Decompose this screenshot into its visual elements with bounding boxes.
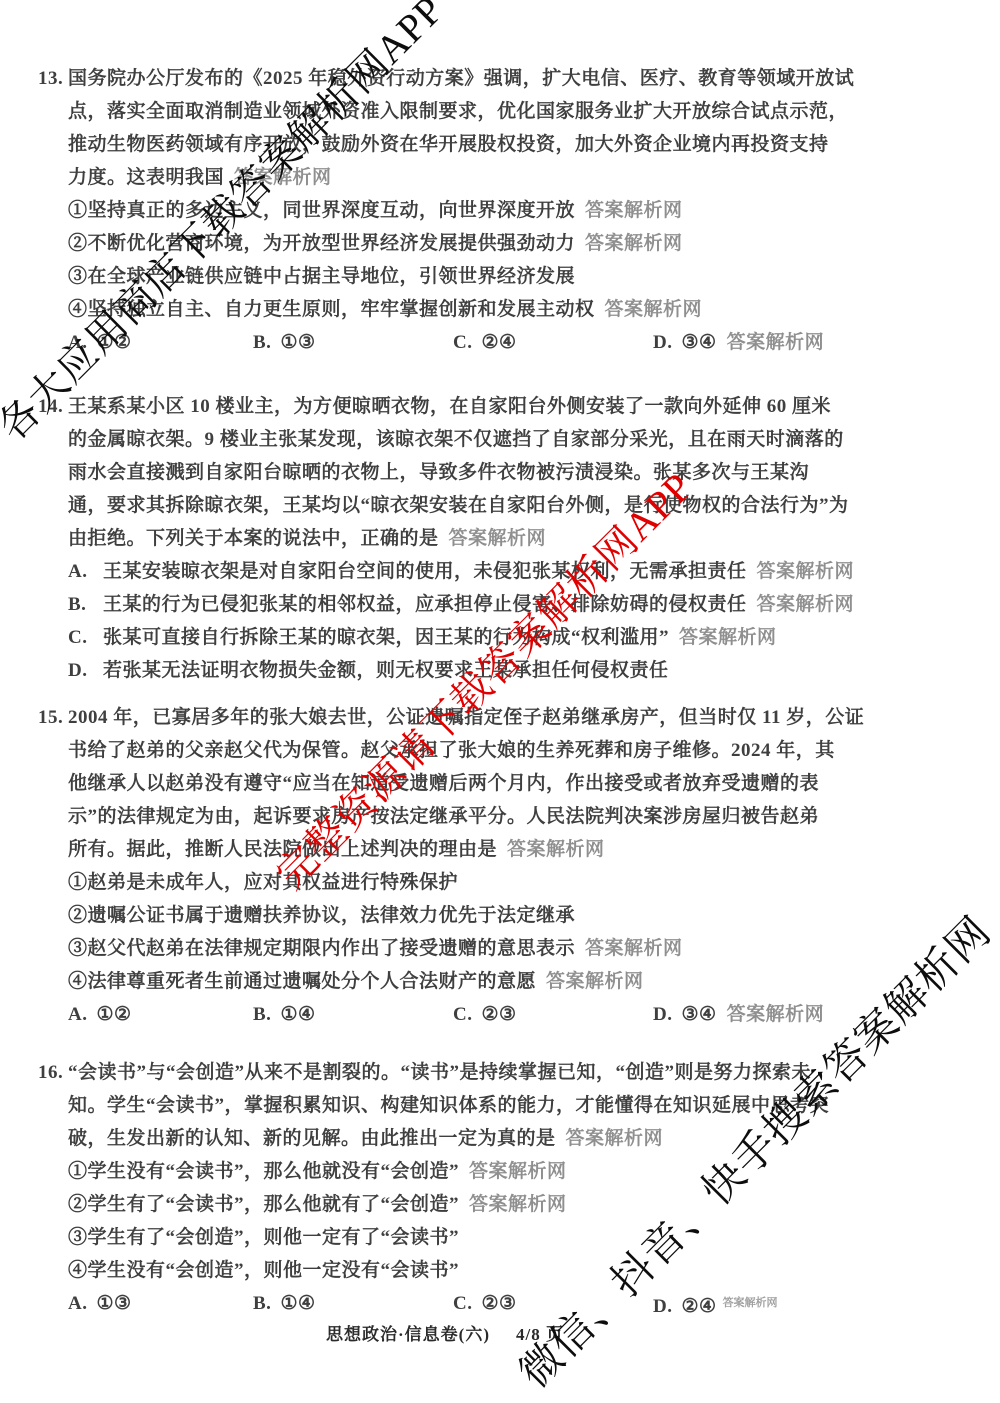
stem-text: 由拒绝。下列关于本案的说法中，正确的是 xyxy=(68,528,439,549)
site-suffix: 答案解析网 xyxy=(727,1004,825,1025)
answer-value: ①④ xyxy=(280,1293,315,1314)
option-text: 若张某无法证明衣物损失金额，则无权要求王某承担任何侵权责任 xyxy=(103,660,669,681)
stem-text: 雨水会直接溅到自家阳台晾晒的衣物上，导致多件衣物被污渍浸染。张某多次与王某沟 xyxy=(68,462,809,483)
option-marker: ① xyxy=(68,200,88,221)
option-marker: C. xyxy=(68,621,103,654)
answer-option-A: A.①② xyxy=(68,998,253,1031)
option-text: 王某安装晾衣架是对自家阳台空间的使用，未侵犯张某权利，无需承担责任 xyxy=(103,561,747,582)
option-marker: ③ xyxy=(68,1227,88,1248)
stem-line: 推动生物医药领域有序开放，鼓励外资在华开展股权投资，加大外资企业境内再投资支持 xyxy=(38,128,968,161)
stem-text: 的金属晾衣架。9 楼业主张某发现，该晾衣架不仅遮挡了自家部分采光，且在雨天时滴落… xyxy=(68,429,844,450)
option-line: A.王某安装晾衣架是对自家阳台空间的使用，未侵犯张某权利，无需承担责任答案解析网 xyxy=(38,555,968,588)
answer-option-B: B.①④ xyxy=(253,1287,453,1320)
answer-row: A.①②B.①③C.②④D.③④答案解析网 xyxy=(38,326,968,359)
option-text: 遗嘱公证书属于遗赠扶养协议，法律效力优先于法定继承 xyxy=(88,905,576,926)
option-line: ③学生有了“会创造”，则他一定有了“会读书” xyxy=(38,1221,968,1254)
answer-label: D. xyxy=(653,1296,672,1317)
option-line: ②遗嘱公证书属于遗赠扶养协议，法律效力优先于法定继承 xyxy=(38,899,968,932)
answer-label: A. xyxy=(68,1004,87,1025)
answer-value: ①④ xyxy=(280,1004,315,1025)
stem-line: 15.2004 年，已寡居多年的张大娘去世，公证遗嘱指定侄子赵弟继承房产，但当时… xyxy=(38,701,968,734)
question-15: 15.2004 年，已寡居多年的张大娘去世，公证遗嘱指定侄子赵弟继承房产，但当时… xyxy=(38,701,968,1031)
stem-text: 通，要求其拆除晾衣架，王某均以“晾衣架安装在自家阳台外侧，是行使物权的合法行为”… xyxy=(68,495,849,516)
option-marker: ② xyxy=(68,905,88,926)
option-text: 学生没有“会读书”，那么他就没有“会创造” xyxy=(88,1161,460,1182)
option-line: ①学生没有“会读书”，那么他就没有“会创造”答案解析网 xyxy=(38,1155,968,1188)
stem-line: 由拒绝。下列关于本案的说法中，正确的是答案解析网 xyxy=(38,522,968,555)
footer-title: 思想政治·信息卷(六) xyxy=(326,1325,490,1344)
option-line: ④法律尊重死者生前通过遗嘱处分个人合法财产的意愿答案解析网 xyxy=(38,965,968,998)
question-number: 15. xyxy=(38,701,68,734)
stem-text: 王某系某小区 10 楼业主，为方便晾晒衣物，在自家阳台外侧安装了一款向外延伸 6… xyxy=(68,396,831,417)
answer-option-D: D.③④答案解析网 xyxy=(653,998,824,1031)
option-marker: ④ xyxy=(68,1260,88,1281)
stem-line: 雨水会直接溅到自家阳台晾晒的衣物上，导致多件衣物被污渍浸染。张某多次与王某沟 xyxy=(38,456,968,489)
answer-label: D. xyxy=(653,1004,672,1025)
stem-text: 点，落实全面取消制造业领域外资准入限制要求，优化国家服务业扩大开放综合试点示范， xyxy=(68,101,848,122)
answer-label: A. xyxy=(68,1293,87,1314)
stem-text: 示”的法律规定为由，起诉要求房产按法定继承平分。人民法院判决案涉房屋归被告赵弟 xyxy=(68,806,819,827)
stem-line: 的金属晾衣架。9 楼业主张某发现，该晾衣架不仅遮挡了自家部分采光，且在雨天时滴落… xyxy=(38,423,968,456)
option-marker: ② xyxy=(68,233,88,254)
answer-value: ②④ xyxy=(481,332,516,353)
answer-option-C: C.②③ xyxy=(453,998,653,1031)
stem-line: 通，要求其拆除晾衣架，王某均以“晾衣架安装在自家阳台外侧，是行使物权的合法行为”… xyxy=(38,489,968,522)
stem-line: 力度。这表明我国答案解析网 xyxy=(38,161,968,194)
stem-line: 破，生发出新的认知、新的见解。由此推出一定为真的是答案解析网 xyxy=(38,1122,968,1155)
stem-text: “会读书”与“会创造”从来不是割裂的。“读书”是持续掌握已知，“创造”则是努力探… xyxy=(68,1062,811,1083)
exam-page: 13.国务院办公厅发布的《2025 年稳外资行动方案》强调，扩大电信、医疗、教育… xyxy=(0,0,1000,1403)
answer-row: A.①③B.①④C.②③D.②④答案解析网 xyxy=(38,1287,968,1320)
answer-option-D: D.③④答案解析网 xyxy=(653,326,824,359)
site-suffix: 答案解析网 xyxy=(679,627,777,648)
answer-value: ②③ xyxy=(481,1004,516,1025)
option-marker: A. xyxy=(68,555,103,588)
site-suffix: 答案解析网 xyxy=(585,938,683,959)
stem-text: 知。学生“会读书”，掌握积累知识、构建知识体系的能力，才能懂得在知识延展中思考突 xyxy=(68,1095,829,1116)
stem-text: 力度。这表明我国 xyxy=(68,167,224,188)
answer-option-D: D.②④答案解析网 xyxy=(653,1287,778,1323)
option-line: B.王某的行为已侵犯张某的相邻权益，应承担停止侵害、排除妨碍的侵权责任答案解析网 xyxy=(38,588,968,621)
stem-text: 他继承人以赵弟没有遵守“应当在知道受遗赠后两个月内，作出接受或者放弃受遗赠的表 xyxy=(68,773,819,794)
question-number: 13. xyxy=(38,62,68,95)
option-line: ②学生有了“会读书”，那么他就有了“会创造”答案解析网 xyxy=(38,1188,968,1221)
answer-value: ①② xyxy=(96,1004,131,1025)
site-suffix: 答案解析网 xyxy=(585,200,683,221)
stem-line: 13.国务院办公厅发布的《2025 年稳外资行动方案》强调，扩大电信、医疗、教育… xyxy=(38,62,968,95)
answer-value: ③④ xyxy=(681,332,716,353)
answer-label: C. xyxy=(453,1004,472,1025)
option-marker: ③ xyxy=(68,266,88,287)
option-marker: D. xyxy=(68,654,103,687)
site-suffix: 答案解析网 xyxy=(727,332,825,353)
question-number: 16. xyxy=(38,1056,68,1089)
answer-label: B. xyxy=(253,1004,271,1025)
answer-label: B. xyxy=(253,1293,271,1314)
site-suffix: 答案解析网 xyxy=(507,839,605,860)
option-line: ④坚持独立自主、自力更生原则，牢牢掌握创新和发展主动权答案解析网 xyxy=(38,293,968,326)
option-text: 学生没有“会创造”，则他一定没有“会读书” xyxy=(88,1260,460,1281)
answer-label: B. xyxy=(253,332,271,353)
option-marker: ② xyxy=(68,1194,88,1215)
answer-row: A.①②B.①④C.②③D.③④答案解析网 xyxy=(38,998,968,1031)
option-marker: ④ xyxy=(68,299,88,320)
answer-value: ①③ xyxy=(96,1293,131,1314)
site-suffix: 答案解析网 xyxy=(757,594,855,615)
option-marker: ③ xyxy=(68,938,88,959)
site-suffix: 答案解析网 xyxy=(469,1161,567,1182)
option-text: 赵弟是未成年人，应对其权益进行特殊保护 xyxy=(88,872,459,893)
answer-value: ③④ xyxy=(681,1004,716,1025)
answer-label: C. xyxy=(453,332,472,353)
option-line: ③赵父代赵弟在法律规定期限内作出了接受遗赠的意思表示答案解析网 xyxy=(38,932,968,965)
stem-text: 推动生物医药领域有序开放，鼓励外资在华开展股权投资，加大外资企业境内再投资支持 xyxy=(68,134,829,155)
stem-line: 他继承人以赵弟没有遵守“应当在知道受遗赠后两个月内，作出接受或者放弃受遗赠的表 xyxy=(38,767,968,800)
answer-label: C. xyxy=(453,1293,472,1314)
stem-text: 破，生发出新的认知、新的见解。由此推出一定为真的是 xyxy=(68,1128,556,1149)
stem-line: 点，落实全面取消制造业领域外资准入限制要求，优化国家服务业扩大开放综合试点示范， xyxy=(38,95,968,128)
option-line: ④学生没有“会创造”，则他一定没有“会读书” xyxy=(38,1254,968,1287)
stem-line: 书给了赵弟的父亲赵父代为保管。赵父承担了张大娘的生养死葬和房子维修。2024 年… xyxy=(38,734,968,767)
stem-line: 示”的法律规定为由，起诉要求房产按法定继承平分。人民法院判决案涉房屋归被告赵弟 xyxy=(38,800,968,833)
page-footer: 思想政治·信息卷(六)4/8 页 xyxy=(0,1320,890,1345)
site-suffix: 答案解析网 xyxy=(469,1194,567,1215)
answer-option-A: A.①③ xyxy=(68,1287,253,1320)
option-marker: B. xyxy=(68,588,103,621)
answer-value: ②④ xyxy=(681,1296,716,1317)
answer-label: D. xyxy=(653,332,672,353)
option-text: 法律尊重死者生前通过遗嘱处分个人合法财产的意愿 xyxy=(88,971,537,992)
site-suffix: 答案解析网 xyxy=(723,1297,778,1309)
option-line: ①坚持真正的多边主义，同世界深度互动，向世界深度开放答案解析网 xyxy=(38,194,968,227)
option-marker: ④ xyxy=(68,971,88,992)
option-text: 王某的行为已侵犯张某的相邻权益，应承担停止侵害、排除妨碍的侵权责任 xyxy=(103,594,747,615)
site-suffix: 答案解析网 xyxy=(757,561,855,582)
option-text: 张某可直接自行拆除王某的晾衣架，因王某的行为构成“权利滥用” xyxy=(103,627,669,648)
option-text: 坚持真正的多边主义，同世界深度互动，向世界深度开放 xyxy=(88,200,576,221)
answer-option-B: B.①④ xyxy=(253,998,453,1031)
answer-value: ①③ xyxy=(280,332,315,353)
answer-option-C: C.②④ xyxy=(453,326,653,359)
option-text: 学生有了“会创造”，则他一定有了“会读书” xyxy=(88,1227,460,1248)
site-suffix: 答案解析网 xyxy=(566,1128,664,1149)
option-text: 赵父代赵弟在法律规定期限内作出了接受遗赠的意思表示 xyxy=(88,938,576,959)
answer-option-B: B.①③ xyxy=(253,326,453,359)
option-marker: ① xyxy=(68,872,88,893)
question-13: 13.国务院办公厅发布的《2025 年稳外资行动方案》强调，扩大电信、医疗、教育… xyxy=(38,62,968,359)
stem-text: 国务院办公厅发布的《2025 年稳外资行动方案》强调，扩大电信、医疗、教育等领域… xyxy=(68,68,854,89)
site-suffix: 答案解析网 xyxy=(449,528,547,549)
site-suffix: 答案解析网 xyxy=(605,299,703,320)
stem-line: 所有。据此，推断人民法院做出上述判决的理由是答案解析网 xyxy=(38,833,968,866)
option-text: 学生有了“会读书”，那么他就有了“会创造” xyxy=(88,1194,460,1215)
stem-line: 14.王某系某小区 10 楼业主，为方便晾晒衣物，在自家阳台外侧安装了一款向外延… xyxy=(38,390,968,423)
answer-value: ②③ xyxy=(481,1293,516,1314)
site-suffix: 答案解析网 xyxy=(546,971,644,992)
site-suffix: 答案解析网 xyxy=(585,233,683,254)
option-line: ①赵弟是未成年人，应对其权益进行特殊保护 xyxy=(38,866,968,899)
option-marker: ① xyxy=(68,1161,88,1182)
